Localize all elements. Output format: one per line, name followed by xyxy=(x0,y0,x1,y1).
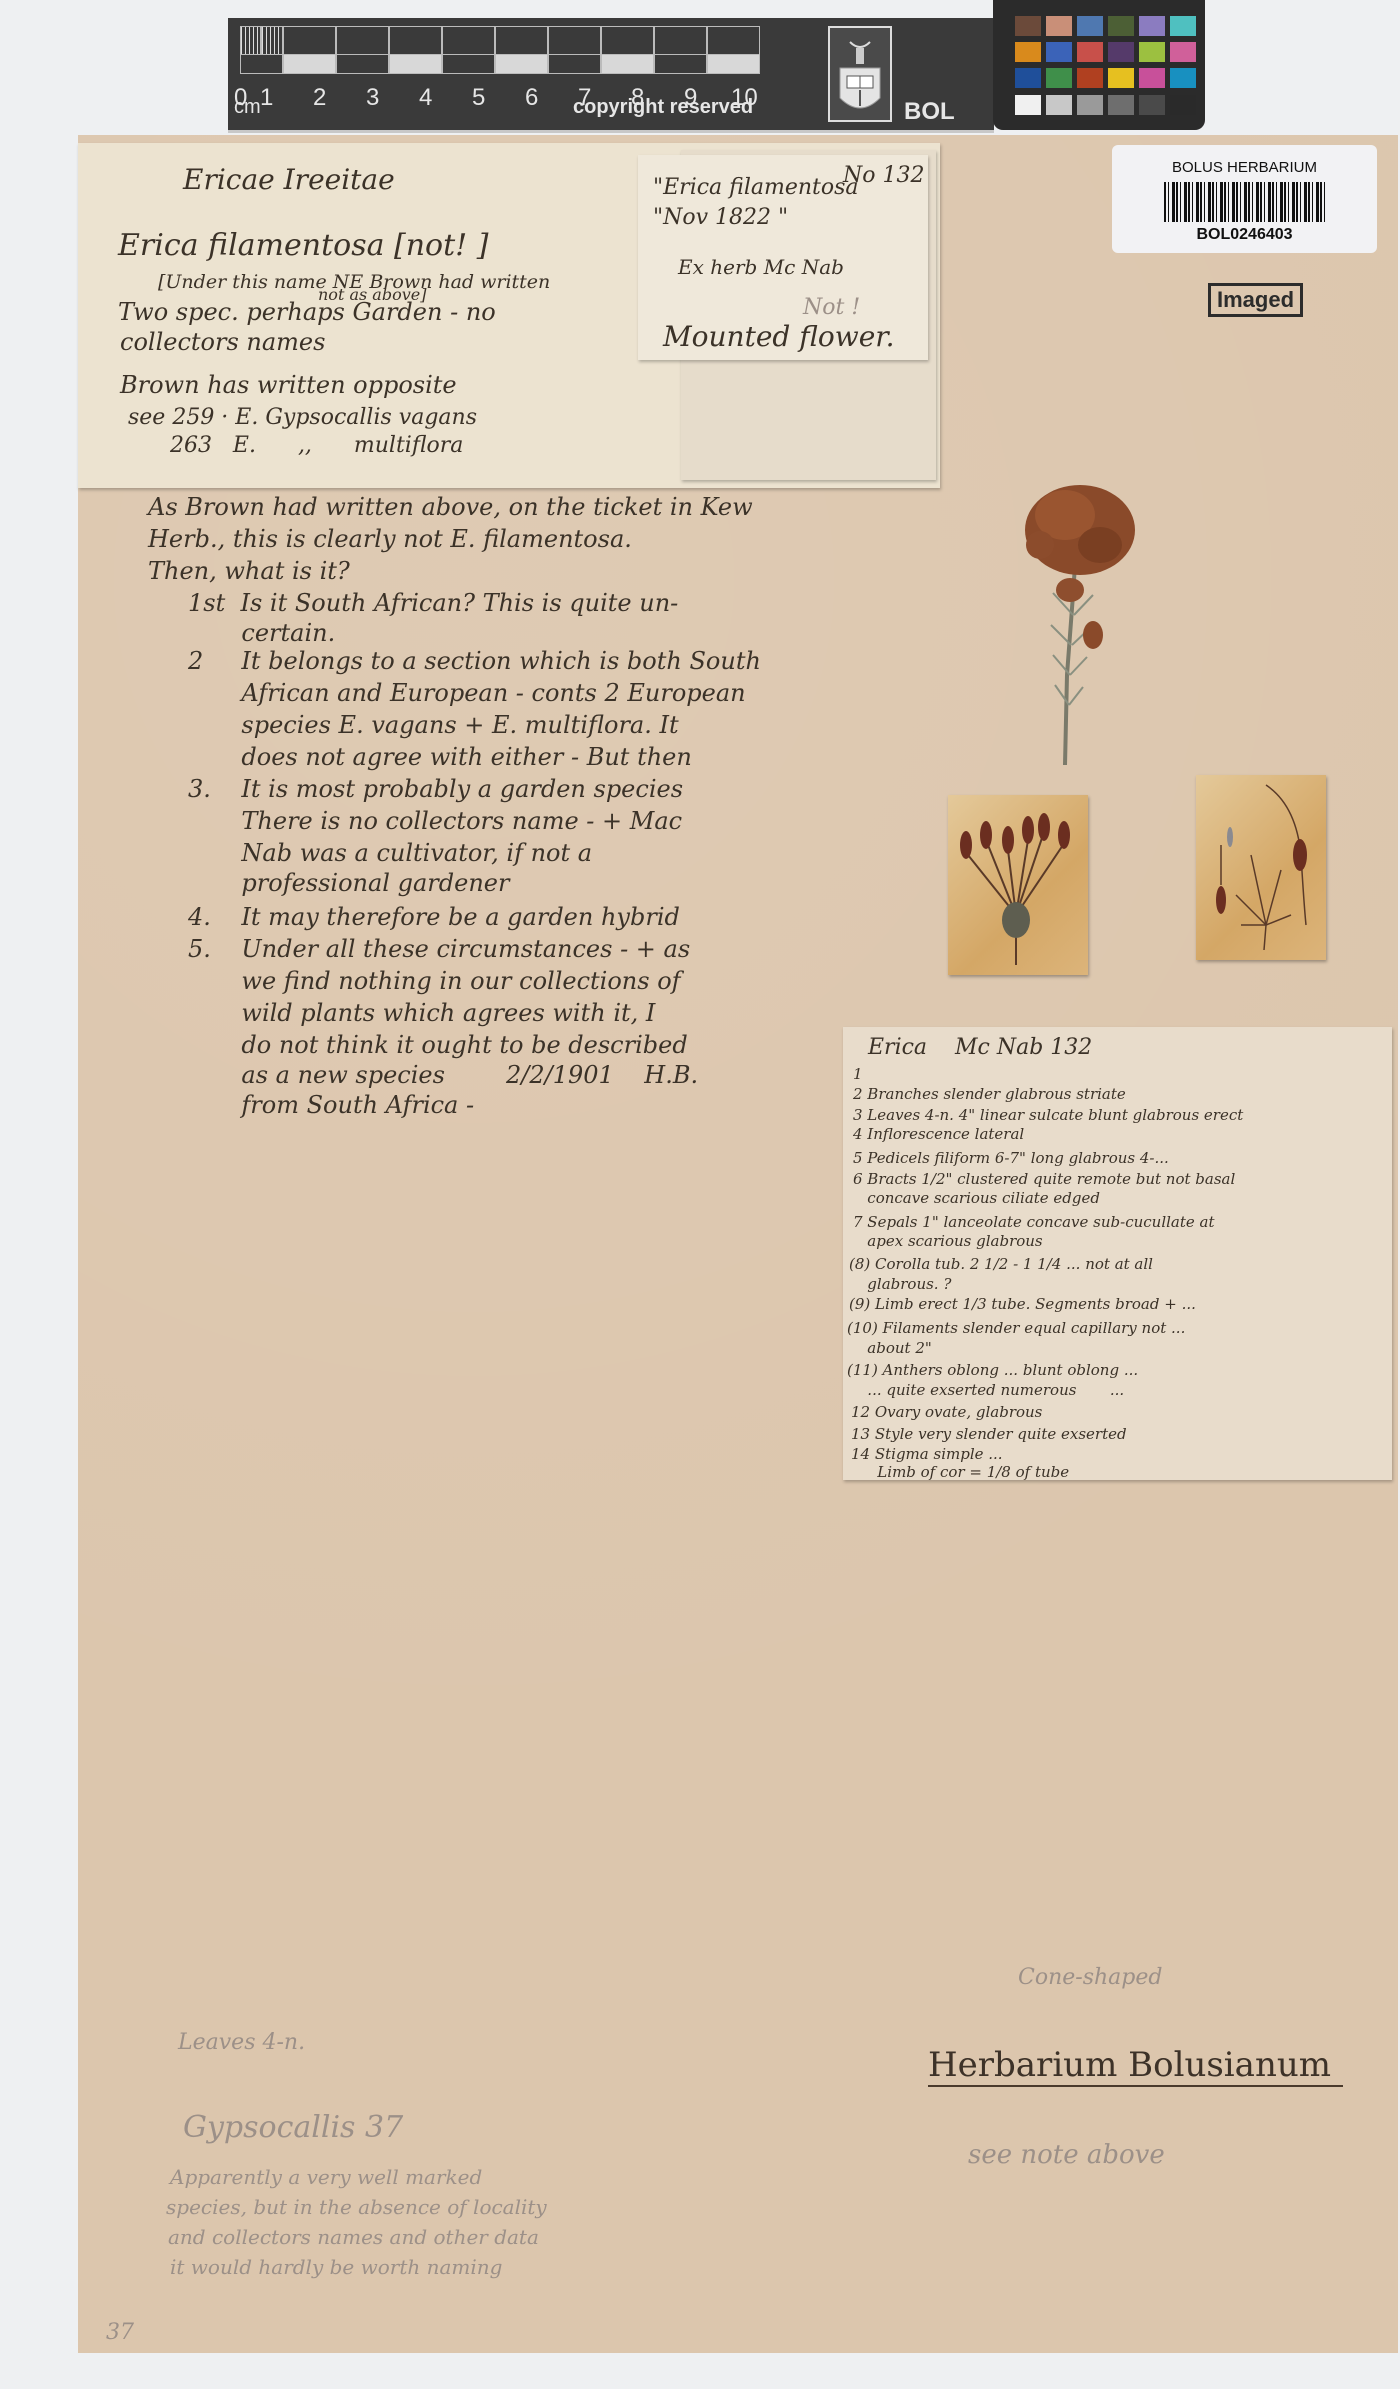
color-patch xyxy=(1077,68,1103,88)
herbarium-sheet: BOLUS HERBARIUM BOL0246403 Imaged Ericae… xyxy=(78,135,1398,2353)
color-patch xyxy=(1108,95,1134,115)
barcode-icon xyxy=(1164,182,1326,222)
note-line: 2 It belongs to a section which is both … xyxy=(188,647,761,675)
note-line: we find nothing in our collections of xyxy=(188,967,681,995)
ruler-bar xyxy=(336,54,389,74)
description-line: (9) Limb erect 1/3 tube. Segments broad … xyxy=(849,1295,1196,1313)
color-checker-card xyxy=(993,0,1205,130)
color-patch xyxy=(1170,42,1196,62)
label-line: Erica filamentosa [not! ] xyxy=(118,228,488,263)
ruler-tick-label: 1 xyxy=(260,84,273,112)
note-line: 1st Is it South African? This is quite u… xyxy=(188,589,678,617)
pencil-note: Leaves 4-n. xyxy=(178,2030,305,2055)
color-patch xyxy=(1015,95,1041,115)
description-line: 7 Sepals 1" lanceolate concave sub-cucul… xyxy=(853,1213,1215,1231)
description-line: 13 Style very slender quite exserted xyxy=(851,1425,1127,1443)
ruler-bar xyxy=(283,54,336,74)
pencil-note: it would hardly be worth naming xyxy=(170,2255,502,2279)
copyright-notice: copyright reserved xyxy=(573,96,753,119)
note-line: 4. It may therefore be a garden hybrid xyxy=(188,903,680,931)
note-line: There is no collectors name - + Mac xyxy=(188,807,682,835)
ruler-tick-label: 6 xyxy=(525,84,538,112)
label-line: Brown has written opposite xyxy=(120,371,457,399)
ruler-bar xyxy=(548,54,601,74)
description-line: ... quite exserted numerous ... xyxy=(853,1381,1124,1399)
description-line: Limb of cor = 1/8 of tube xyxy=(863,1463,1069,1481)
description-line: glabrous. ? xyxy=(853,1275,951,1293)
note-line: certain. xyxy=(188,619,335,647)
herbarium-name: Herbarium Bolusianum xyxy=(928,2045,1331,2085)
note-line: 3. It is most probably a garden species xyxy=(188,775,683,803)
imaged-stamp: Imaged xyxy=(1208,283,1303,317)
label-line: 263 E. ,, multiflora xyxy=(128,433,463,458)
color-patch xyxy=(1170,16,1196,36)
color-patch xyxy=(1077,42,1103,62)
note-line: from South Africa - xyxy=(188,1091,474,1119)
dissected-flower-packet xyxy=(1196,775,1326,960)
description-line: (11) Anthers oblong ... blunt oblong ... xyxy=(847,1361,1138,1379)
description-line: about 2" xyxy=(853,1339,932,1357)
note-line: does not agree with either - But then xyxy=(188,743,692,771)
pencil-note: and collectors names and other data xyxy=(168,2225,539,2249)
scale-ruler: 0 1 2 3 4 5 6 7 8 9 10 cm copyright rese… xyxy=(228,18,994,133)
pencil-note: Apparently a very well marked xyxy=(170,2165,482,2189)
note-line: species E. vagans + E. multiflora. It xyxy=(188,711,679,739)
ruler-bar xyxy=(442,54,495,74)
pencil-note: Cone-shaped xyxy=(1018,1965,1162,1990)
color-patch xyxy=(1015,42,1041,62)
ticket-line: "Erica filamentosa xyxy=(653,175,859,200)
color-patch xyxy=(1015,16,1041,36)
note-line: African and European - conts 2 European xyxy=(188,679,746,707)
description-line: 6 Bracts 1/2" clustered quite remote but… xyxy=(853,1170,1235,1188)
pencil-note: see note above xyxy=(968,2140,1165,2170)
barcode-title: BOLUS HERBARIUM xyxy=(1112,159,1377,176)
pencil-note: Gypsocallis 37 xyxy=(183,2110,403,2145)
ruler-bar xyxy=(240,54,283,74)
color-patch xyxy=(1108,42,1134,62)
color-patch xyxy=(1046,16,1072,36)
ruler-bar xyxy=(707,54,760,74)
color-patch xyxy=(1046,42,1072,62)
note-line: professional gardener xyxy=(188,869,509,897)
corner-number: 37 xyxy=(106,2320,134,2345)
color-patch xyxy=(1139,16,1165,36)
ruler-tick-label: 4 xyxy=(419,84,432,112)
color-patch xyxy=(1170,95,1196,115)
color-patch xyxy=(1015,68,1041,88)
color-patch xyxy=(1108,16,1134,36)
ticket-line: "Nov 1822 " xyxy=(653,205,788,230)
note-line: Herb., this is clearly not E. filamentos… xyxy=(148,525,632,553)
barcode-label: BOLUS HERBARIUM BOL0246403 xyxy=(1112,145,1377,253)
ticket-line: Ex herb Mc Nab xyxy=(678,255,844,279)
color-patch xyxy=(1108,68,1134,88)
ruler-tick-label: 2 xyxy=(313,84,326,112)
description-line: 12 Ovary ovate, glabrous xyxy=(851,1403,1042,1421)
ticket-line: Mounted flower. xyxy=(663,320,895,353)
original-ticket: No 132 "Erica filamentosa "Nov 1822 " Ex… xyxy=(638,155,928,360)
color-patch xyxy=(1077,16,1103,36)
color-patch xyxy=(1046,68,1072,88)
description-line: 5 Pedicels filiform 6-7" long glabrous 4… xyxy=(853,1149,1169,1167)
note-line: Then, what is it? xyxy=(148,557,350,585)
ruler-unit-label: cm xyxy=(234,96,261,119)
description-line: 2 Branches slender glabrous striate xyxy=(853,1085,1126,1103)
description-line: 3 Leaves 4-n. 4" linear sulcate blunt gl… xyxy=(853,1106,1243,1124)
specimen-id: BOL0246403 xyxy=(1112,226,1377,244)
color-patch xyxy=(1046,95,1072,115)
note-line: As Brown had written above, on the ticke… xyxy=(148,493,753,521)
color-patch xyxy=(1139,42,1165,62)
label-line: Ericae Ireeitae xyxy=(183,163,395,196)
description-line: (10) Filaments slender equal capillary n… xyxy=(847,1319,1185,1337)
color-patch xyxy=(1139,95,1165,115)
note-line: do not think it ought to be described xyxy=(188,1031,688,1059)
description-line: 4 Inflorescence lateral xyxy=(853,1125,1024,1143)
label-line: see 259 · E. Gypsocallis vagans xyxy=(128,405,477,430)
ruler-tick-label: 5 xyxy=(472,84,485,112)
note-line: 5. Under all these circumstances - + as xyxy=(188,935,690,963)
description-line: apex scarious glabrous xyxy=(853,1232,1043,1250)
mounted-flowers-packet xyxy=(948,795,1088,975)
herbarium-bolusianum-stamp: Herbarium Bolusianum xyxy=(928,2045,1343,2087)
dried-erica-branch-specimen xyxy=(995,475,1155,765)
pencil-note: species, but in the absence of locality xyxy=(166,2195,547,2219)
label-line: collectors names xyxy=(120,328,325,356)
description-line: (8) Corolla tub. 2 1/2 - 1 1/4 ... not a… xyxy=(849,1255,1153,1273)
university-crest-icon xyxy=(828,26,892,122)
description-label: Erica Mc Nab 132 1 2 Branches slender gl… xyxy=(843,1027,1392,1480)
ruler-bar xyxy=(654,54,707,74)
ruler-bar xyxy=(495,54,548,74)
ruler-tick-label: 3 xyxy=(366,84,379,112)
color-patch xyxy=(1139,68,1165,88)
institution-code: BOL xyxy=(904,98,955,126)
note-line: as a new species 2/2/1901 H.B. xyxy=(188,1061,698,1089)
color-patch xyxy=(1077,95,1103,115)
description-line: Erica Mc Nab 132 xyxy=(868,1035,1092,1060)
label-line: Two spec. perhaps Garden - no xyxy=(118,298,496,326)
description-line: 1 xyxy=(853,1065,863,1083)
note-line: wild plants which agrees with it, I xyxy=(188,999,655,1027)
description-line: concave scarious ciliate edged xyxy=(853,1189,1100,1207)
note-line: Nab was a cultivator, if not a xyxy=(188,839,592,867)
description-line: 14 Stigma simple ... xyxy=(851,1445,1003,1463)
color-patch xyxy=(1170,68,1196,88)
ticket-pencil-note: Not ! xyxy=(803,295,860,320)
ruler-bar xyxy=(389,54,442,74)
ruler-bar xyxy=(601,54,654,74)
